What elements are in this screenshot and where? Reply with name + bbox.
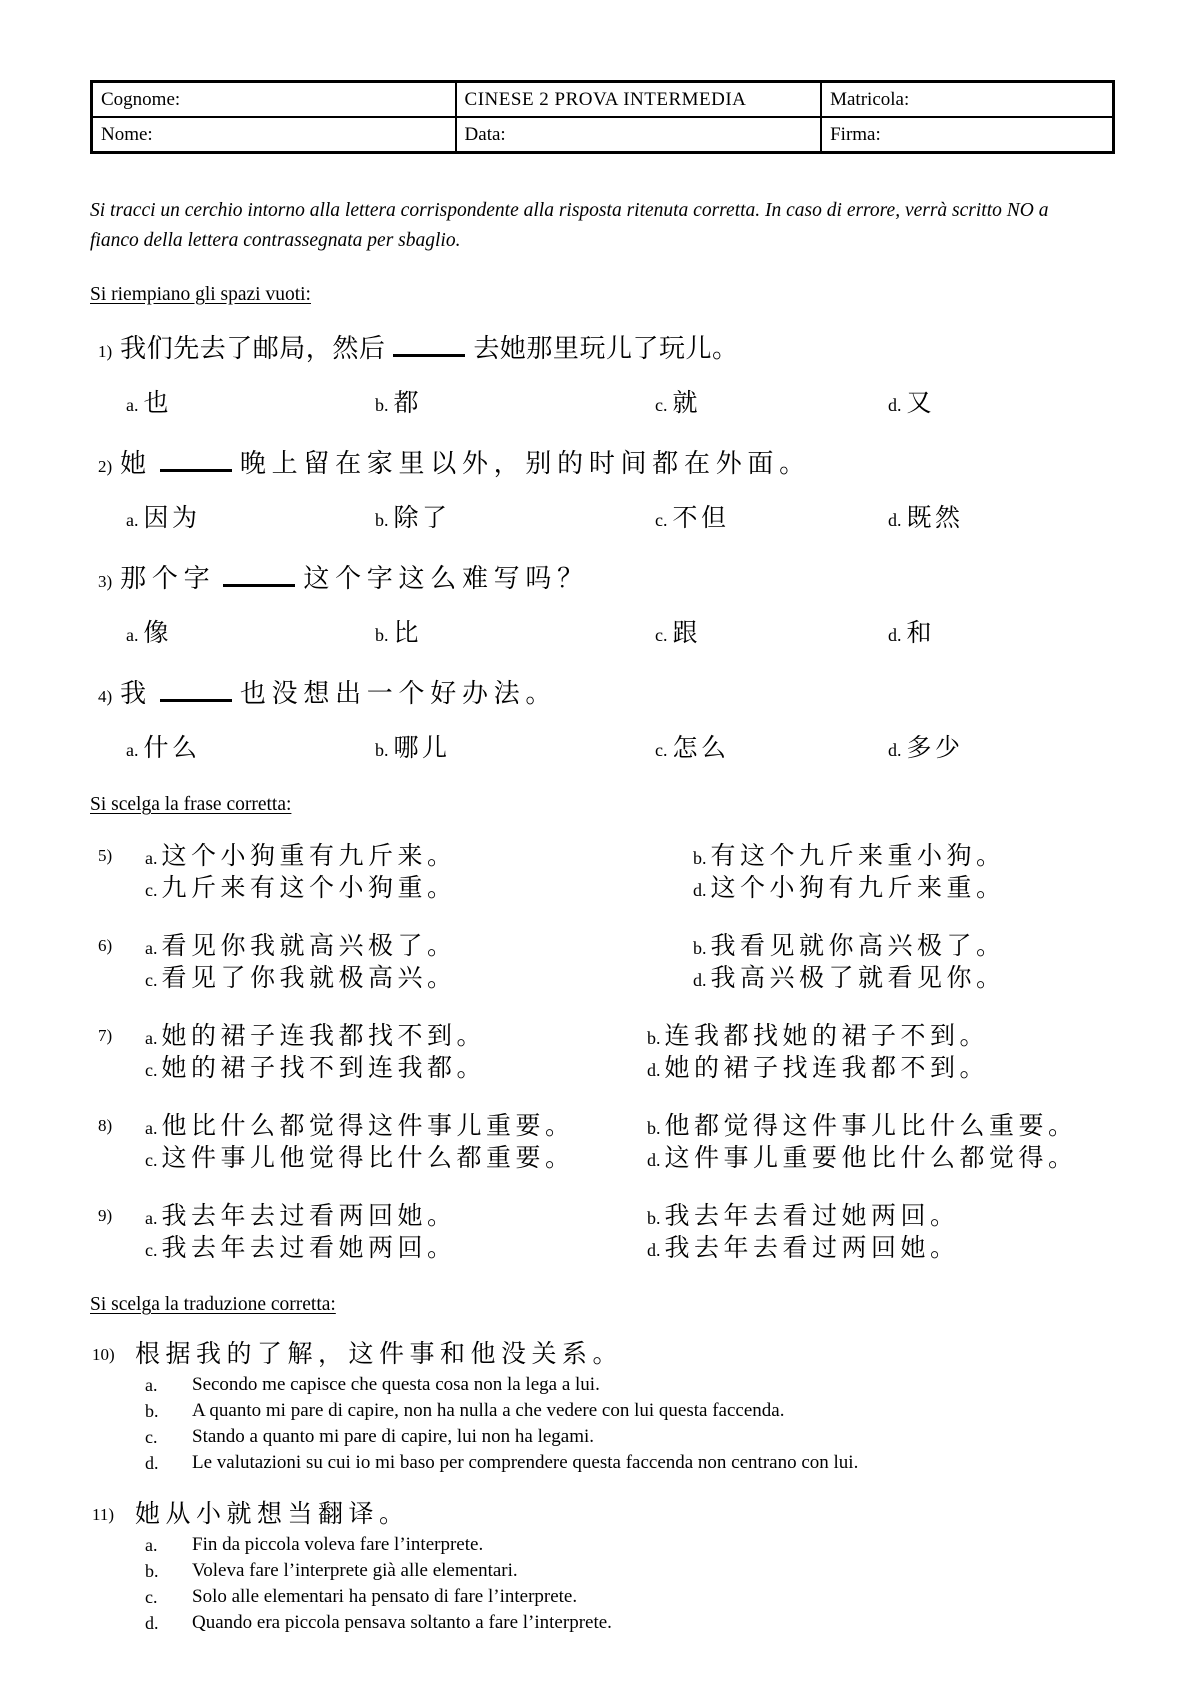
options-row: c.这件事儿他觉得比什么都重要。d.这件事儿重要他比什么都觉得。 — [145, 1144, 1115, 1176]
option-text: 她的裙子连我都找不到。 — [162, 1023, 487, 1050]
option: a.看见你我就高兴极了。 — [145, 932, 693, 964]
option-letter: b. — [693, 938, 707, 958]
option-text: Fin da piccola voleva fare l’interprete. — [192, 1532, 483, 1558]
option: c.就 — [655, 383, 701, 419]
field-data-label: Data: — [465, 124, 506, 145]
option-text: 哪儿 — [394, 735, 451, 762]
options-row: a.什么b.哪儿c.怎么d.多少 — [90, 728, 1115, 766]
option: c.这件事儿他觉得比什么都重要。 — [145, 1144, 647, 1176]
question-text-post: 去她那里玩儿了玩儿。 — [473, 334, 738, 363]
option-letter: c. — [145, 1584, 192, 1610]
option-text: Solo alle elementari ha pensato di fare … — [192, 1584, 577, 1610]
question-number: 5) — [98, 846, 112, 866]
option-letter: d. — [693, 970, 707, 990]
question-text-post: 这个字这么难写吗？ — [303, 564, 588, 593]
question-text-pre: 我们先去了邮局，然后 — [120, 334, 385, 363]
blank-line — [160, 452, 232, 472]
question-text-pre: 她 — [120, 449, 152, 478]
option: d.Quando era piccola pensava soltanto a … — [145, 1610, 1115, 1636]
option-text: 我去年去过看她两回。 — [162, 1235, 457, 1262]
option-letter: c. — [655, 395, 668, 415]
option-letter: b. — [145, 1398, 192, 1424]
option-text: Voleva fare l’interprete già alle elemen… — [192, 1558, 518, 1584]
question: 2)她晚上留在家里以外，别的时间都在外面。 — [90, 443, 1115, 480]
option-text: 九斤来有这个小狗重。 — [162, 875, 457, 902]
question-number: 2) — [98, 457, 112, 476]
section-title: Si scelga la frase corretta: — [90, 794, 1115, 816]
question: 10)根据我的了解，这件事和他没关系。a.Secondo me capisce … — [90, 1338, 1115, 1476]
option-letter: a. — [126, 625, 139, 645]
option-text: 我去年去看过她两回。 — [665, 1203, 960, 1230]
option: a.也 — [126, 383, 172, 419]
option-text: A quanto mi pare di capire, non ha nulla… — [192, 1398, 784, 1424]
option-text: Quando era piccola pensava soltanto a fa… — [192, 1610, 612, 1636]
header-row: Cognome: CINESE 2 PROVA INTERMEDIA Matri… — [92, 82, 1114, 118]
option-text: 和 — [907, 620, 936, 647]
option-text: 怎么 — [673, 735, 730, 762]
option: a.Secondo me capisce che questa cosa non… — [145, 1372, 1115, 1398]
option-letter: a. — [145, 1208, 158, 1228]
option-letter: b. — [375, 395, 389, 415]
option-text: 我看见就你高兴极了。 — [711, 933, 1006, 960]
option-letter: d. — [888, 510, 902, 530]
options-row: c.我去年去过看她两回。d.我去年去看过两回她。 — [145, 1234, 1115, 1266]
option: b.他都觉得这件事儿比什么重要。 — [647, 1112, 1078, 1144]
field-cognome: Cognome: — [92, 82, 456, 118]
option-letter: b. — [647, 1028, 661, 1048]
question: 5)a.这个小狗重有九斤来。b.有这个九斤来重小狗。c.九斤来有这个小狗重。d.… — [90, 842, 1115, 906]
option-text: Secondo me capisce che questa cosa non l… — [192, 1372, 600, 1398]
section: Si scelga la frase corretta:5)a.这个小狗重有九斤… — [90, 794, 1115, 1266]
option-text: 看见你我就高兴极了。 — [162, 933, 457, 960]
option: d.我高兴极了就看见你。 — [693, 964, 1006, 996]
exam-page: Cognome: CINESE 2 PROVA INTERMEDIA Matri… — [0, 0, 1200, 1698]
option: a.像 — [126, 613, 172, 649]
option: b.我看见就你高兴极了。 — [693, 932, 1006, 964]
question: 3)那个字这个字这么难写吗？ — [90, 558, 1115, 595]
options-row: a.这个小狗重有九斤来。b.有这个九斤来重小狗。 — [145, 842, 1115, 874]
option: c.不但 — [655, 498, 730, 534]
option-letter: c. — [655, 510, 668, 530]
option-letter: d. — [888, 740, 902, 760]
exam-instructions: Si tracci un cerchio intorno alla letter… — [90, 196, 1100, 256]
question-text: 根据我的了解，这件事和他没关系。 — [135, 1338, 1115, 1372]
question-text-post: 也没想出一个好办法。 — [240, 679, 557, 708]
header-row: Nome: Data: Firma: — [92, 117, 1114, 153]
option: d.既然 — [888, 498, 964, 534]
option: b.都 — [375, 383, 422, 419]
option-letter: b. — [375, 740, 389, 760]
option-text: 我去年去看过两回她。 — [665, 1235, 960, 1262]
option-text: 有这个九斤来重小狗。 — [711, 843, 1006, 870]
option: c.Stando a quanto mi pare di capire, lui… — [145, 1424, 1115, 1450]
field-matricola-label: Matricola: — [830, 89, 909, 110]
question: 7)a.她的裙子连我都找不到。b.连我都找她的裙子不到。c.她的裙子找不到连我都… — [90, 1022, 1115, 1086]
options-row: a.看见你我就高兴极了。b.我看见就你高兴极了。 — [145, 932, 1115, 964]
option: a.Fin da piccola voleva fare l’interpret… — [145, 1532, 1115, 1558]
option-letter: b. — [145, 1558, 192, 1584]
question: 8)a.他比什么都觉得这件事儿重要。b.他都觉得这件事儿比什么重要。c.这件事儿… — [90, 1112, 1115, 1176]
option-text: 不但 — [673, 505, 730, 532]
question-number: 8) — [98, 1116, 112, 1136]
section-title: Si scelga la traduzione corretta: — [90, 1294, 1115, 1316]
options-row: c.看见了你我就极高兴。d.我高兴极了就看见你。 — [145, 964, 1115, 996]
question-number: 9) — [98, 1206, 112, 1226]
option-text: 这个小狗有九斤来重。 — [711, 875, 1006, 902]
option: a.他比什么都觉得这件事儿重要。 — [145, 1112, 647, 1144]
option-letter: b. — [375, 625, 389, 645]
option: c.我去年去过看她两回。 — [145, 1234, 647, 1266]
option-text: 又 — [907, 390, 936, 417]
option: d.我去年去看过两回她。 — [647, 1234, 960, 1266]
option: b.比 — [375, 613, 422, 649]
option-letter: c. — [145, 970, 158, 990]
option-text: 看见了你我就极高兴。 — [162, 965, 457, 992]
option-letter: a. — [145, 1532, 192, 1558]
option-text: 她的裙子找不到连我都。 — [162, 1055, 487, 1082]
option-letter: a. — [145, 1372, 192, 1398]
option: b.连我都找她的裙子不到。 — [647, 1022, 989, 1054]
option-letter: d. — [647, 1150, 661, 1170]
question: 4)我也没想出一个好办法。 — [90, 673, 1115, 710]
option-text: 除了 — [394, 505, 451, 532]
question: 1)我们先去了邮局，然后去她那里玩儿了玩儿。 — [90, 328, 1115, 365]
option-letter: a. — [145, 938, 158, 958]
option: d.多少 — [888, 728, 964, 764]
question-text: 她从小就想当翻译。 — [135, 1498, 1115, 1532]
options-row: c.九斤来有这个小狗重。d.这个小狗有九斤来重。 — [145, 874, 1115, 906]
option-letter: c. — [145, 880, 158, 900]
option-letter: d. — [647, 1060, 661, 1080]
field-cognome-label: Cognome: — [101, 89, 180, 110]
option: b.除了 — [375, 498, 451, 534]
option: b.有这个九斤来重小狗。 — [693, 842, 1006, 874]
option: c.看见了你我就极高兴。 — [145, 964, 693, 996]
option-letter: a. — [126, 395, 139, 415]
option: c.跟 — [655, 613, 701, 649]
exam-title: CINESE 2 PROVA INTERMEDIA — [465, 89, 747, 110]
section: Si scelga la traduzione corretta:10)根据我的… — [90, 1294, 1115, 1636]
option: b.我去年去看过她两回。 — [647, 1202, 960, 1234]
options-row: a.她的裙子连我都找不到。b.连我都找她的裙子不到。 — [145, 1022, 1115, 1054]
option-text: 因为 — [144, 505, 201, 532]
question: 9)a.我去年去过看两回她。b.我去年去看过她两回。c.我去年去过看她两回。d.… — [90, 1202, 1115, 1266]
blank-line — [160, 682, 232, 702]
option-text: Le valutazioni su cui io mi baso per com… — [192, 1450, 858, 1476]
option: c.九斤来有这个小狗重。 — [145, 874, 693, 906]
field-nome-label: Nome: — [101, 124, 153, 145]
option-text: 我高兴极了就看见你。 — [711, 965, 1006, 992]
option-letter: b. — [693, 848, 707, 868]
option-letter: d. — [145, 1450, 192, 1476]
option-letter: d. — [647, 1240, 661, 1260]
field-firma: Firma: — [821, 117, 1113, 153]
option-text: 像 — [144, 620, 173, 647]
option-text: 连我都找她的裙子不到。 — [665, 1023, 990, 1050]
option: b.哪儿 — [375, 728, 451, 764]
option-letter: a. — [145, 848, 158, 868]
option-text: 就 — [673, 390, 702, 417]
question-number: 4) — [98, 687, 112, 706]
option-letter: c. — [655, 740, 668, 760]
option-letter: c. — [145, 1060, 158, 1080]
option: c.她的裙子找不到连我都。 — [145, 1054, 647, 1086]
option-letter: d. — [888, 625, 902, 645]
question-text-pre: 我 — [120, 679, 152, 708]
option: c.怎么 — [655, 728, 730, 764]
option: d.她的裙子找连我都不到。 — [647, 1054, 989, 1086]
option: d.这个小狗有九斤来重。 — [693, 874, 1006, 906]
option-letter: c. — [145, 1150, 158, 1170]
option: a.她的裙子连我都找不到。 — [145, 1022, 647, 1054]
question-number: 1) — [98, 342, 112, 361]
question: 11)她从小就想当翻译。a.Fin da piccola voleva fare… — [90, 1498, 1115, 1636]
options-row: a.也b.都c.就d.又 — [90, 383, 1115, 421]
question-text-post: 晚上留在家里以外，别的时间都在外面。 — [240, 449, 811, 478]
option: b.Voleva fare l’interprete già alle elem… — [145, 1558, 1115, 1584]
question-sections: Si riempiano gli spazi vuoti:1)我们先去了邮局，然… — [90, 284, 1115, 1636]
options-row: c.她的裙子找不到连我都。d.她的裙子找连我都不到。 — [145, 1054, 1115, 1086]
option-text: 他都觉得这件事儿比什么重要。 — [665, 1113, 1078, 1140]
field-nome: Nome: — [92, 117, 456, 153]
option-letter: c. — [655, 625, 668, 645]
question-number: 11) — [92, 1505, 114, 1525]
option-text: 跟 — [673, 620, 702, 647]
question-number: 6) — [98, 936, 112, 956]
option-letter: a. — [126, 510, 139, 530]
option-text: 既然 — [907, 505, 964, 532]
exam-title-cell: CINESE 2 PROVA INTERMEDIA — [456, 82, 822, 118]
option-letter: d. — [888, 395, 902, 415]
option-text: 这个小狗重有九斤来。 — [162, 843, 457, 870]
option-letter: a. — [145, 1028, 158, 1048]
option-letter: b. — [647, 1118, 661, 1138]
options-row: a.像b.比c.跟d.和 — [90, 613, 1115, 651]
option-letter: b. — [375, 510, 389, 530]
option-letter: d. — [693, 880, 707, 900]
option: d.Le valutazioni su cui io mi baso per c… — [145, 1450, 1115, 1476]
option: c.Solo alle elementari ha pensato di far… — [145, 1584, 1115, 1610]
option-text: Stando a quanto mi pare di capire, lui n… — [192, 1424, 594, 1450]
option-letter: b. — [647, 1208, 661, 1228]
option-letter: a. — [126, 740, 139, 760]
field-data: Data: — [456, 117, 822, 153]
option-letter: c. — [145, 1424, 192, 1450]
option: a.什么 — [126, 728, 201, 764]
option-letter: a. — [145, 1118, 158, 1138]
options-row: a.他比什么都觉得这件事儿重要。b.他都觉得这件事儿比什么重要。 — [145, 1112, 1115, 1144]
question-number: 7) — [98, 1026, 112, 1046]
option-letter: d. — [145, 1610, 192, 1636]
question: 6)a.看见你我就高兴极了。b.我看见就你高兴极了。c.看见了你我就极高兴。d.… — [90, 932, 1115, 996]
section: Si riempiano gli spazi vuoti:1)我们先去了邮局，然… — [90, 284, 1115, 766]
option-text: 也 — [144, 390, 173, 417]
field-firma-label: Firma: — [830, 124, 881, 145]
options-row: a.因为b.除了c.不但d.既然 — [90, 498, 1115, 536]
option-text: 什么 — [144, 735, 201, 762]
option: b.A quanto mi pare di capire, non ha nul… — [145, 1398, 1115, 1424]
option: a.我去年去过看两回她。 — [145, 1202, 647, 1234]
section-title: Si riempiano gli spazi vuoti: — [90, 284, 1115, 306]
question-number: 10) — [92, 1345, 115, 1365]
option: a.这个小狗重有九斤来。 — [145, 842, 693, 874]
option: a.因为 — [126, 498, 201, 534]
field-matricola: Matricola: — [821, 82, 1113, 118]
option: d.又 — [888, 383, 935, 419]
option-text: 她的裙子找连我都不到。 — [665, 1055, 990, 1082]
header-table: Cognome: CINESE 2 PROVA INTERMEDIA Matri… — [90, 80, 1115, 154]
option: d.这件事儿重要他比什么都觉得。 — [647, 1144, 1078, 1176]
option-letter: c. — [145, 1240, 158, 1260]
option-text: 都 — [394, 390, 423, 417]
option-text: 比 — [394, 620, 423, 647]
option-text: 我去年去过看两回她。 — [162, 1203, 457, 1230]
question-number: 3) — [98, 572, 112, 591]
blank-line — [223, 567, 295, 587]
option: d.和 — [888, 613, 935, 649]
question-text-pre: 那个字 — [120, 564, 215, 593]
option-text: 多少 — [907, 735, 964, 762]
option-text: 这件事儿重要他比什么都觉得。 — [665, 1145, 1078, 1172]
option-text: 他比什么都觉得这件事儿重要。 — [162, 1113, 575, 1140]
options-row: a.我去年去过看两回她。b.我去年去看过她两回。 — [145, 1202, 1115, 1234]
option-text: 这件事儿他觉得比什么都重要。 — [162, 1145, 575, 1172]
blank-line — [393, 337, 465, 357]
